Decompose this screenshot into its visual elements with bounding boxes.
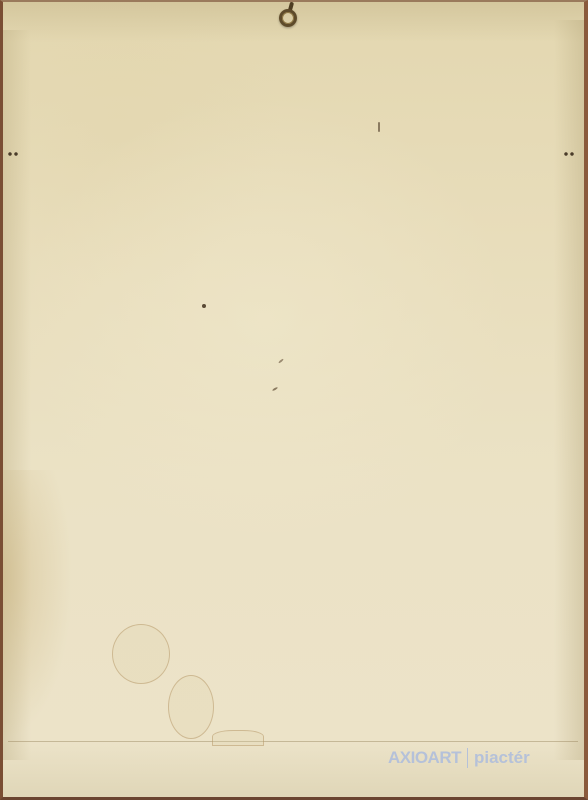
watermark-separator [467,748,468,768]
paper-speck [378,122,380,132]
water-stain [212,730,264,746]
watermark-brand: AXIOART [388,748,461,768]
paper-fold-right [554,20,584,760]
paper-backing [3,2,584,797]
artwork-back-photo: AXIOART piactér [0,0,588,800]
nail-marks-right [563,150,575,158]
hanging-ring-icon [279,9,297,27]
watermark: AXIOART piactér [388,748,530,768]
watermark-subtitle: piactér [474,748,530,768]
paper-fold-crease [8,741,578,742]
nail-marks-left [7,150,19,158]
water-stain [112,624,170,684]
paper-speck [202,304,206,308]
water-stain-edge [3,470,73,740]
water-stain [168,675,214,739]
